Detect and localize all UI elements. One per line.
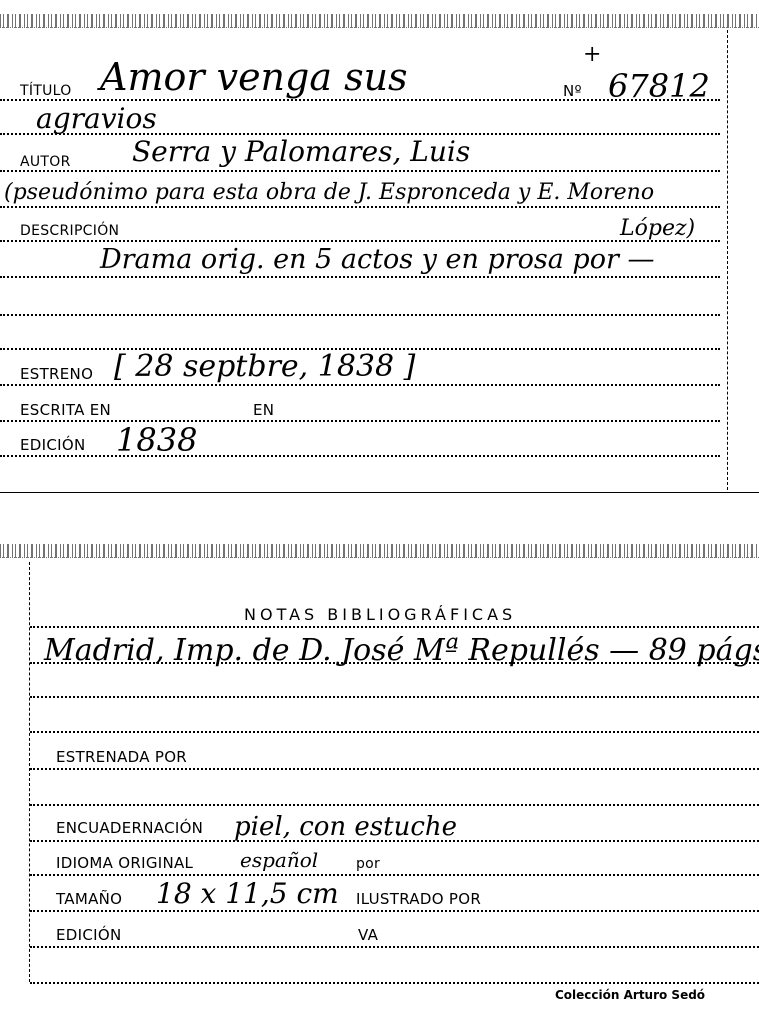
estrenada-por-label: ESTRENADA POR (56, 750, 187, 765)
card-bottom-edge (0, 492, 759, 493)
ilustrado-por-label: ILUSTRADO POR (356, 892, 481, 907)
edicion-value: 1838 (116, 424, 197, 456)
scan-edge-noise (0, 544, 759, 558)
encuadernacion-value: piel, con estuche (234, 814, 457, 840)
tamano-label: TAMAÑO (56, 892, 122, 907)
numero-value: 67812 (608, 70, 710, 102)
rule (0, 384, 720, 386)
rule (30, 910, 759, 912)
numero-mark: + (583, 44, 601, 66)
autor-value: Serra y Palomares, Luis (132, 138, 470, 166)
autor-label: AUTOR (20, 155, 71, 169)
rule (30, 768, 759, 770)
rule (30, 696, 759, 698)
estreno-value: [ 28 septbre, 1838 ] (114, 352, 415, 382)
rule (30, 982, 759, 984)
autor-note-continued: López) (620, 218, 695, 240)
notas-header: NOTAS BIBLIOGRÁFICAS (244, 605, 516, 624)
rule (30, 874, 759, 876)
rule (0, 455, 720, 457)
rule (30, 804, 759, 806)
descripcion-value: Drama orig. en 5 actos y en prosa por — (100, 246, 654, 273)
edicion-label: EDICIÓN (56, 928, 121, 943)
encuadernacion-label: ENCUADERNACIÓN (56, 821, 203, 836)
titulo-label: TÍTULO (20, 84, 72, 98)
escrita-en-label: ESCRITA EN (20, 403, 111, 418)
titulo-value-continued: agravios (36, 105, 157, 133)
titulo-value: Amor venga sus (100, 58, 408, 96)
rule (30, 946, 759, 948)
autor-note: (pseudónimo para esta obra de J. Espronc… (4, 182, 654, 204)
idioma-original-label: IDIOMA ORIGINAL (56, 856, 193, 871)
estreno-label: ESTRENO (20, 367, 93, 382)
card-right-border (727, 30, 728, 490)
scan-edge-noise (0, 14, 759, 28)
rule (0, 240, 720, 242)
en-label: EN (253, 403, 274, 418)
rule (0, 314, 720, 316)
rule (0, 206, 720, 208)
va-label: VA (358, 928, 378, 943)
tamano-value: 18 x 11,5 cm (156, 880, 339, 908)
rule (0, 170, 720, 172)
numero-label: Nº (563, 84, 582, 99)
edicion-label: EDICIÓN (20, 438, 85, 453)
collection-footer: Colección Arturo Sedó (555, 988, 705, 1002)
rule (0, 276, 720, 278)
por-label: por (356, 857, 380, 871)
rule (30, 626, 759, 628)
rule (0, 420, 720, 422)
card-left-border (29, 562, 30, 982)
idioma-original-value: español (240, 850, 318, 870)
descripcion-label: DESCRIPCIÓN (20, 224, 119, 238)
notas-value: Madrid, Imp. de D. José Mª Repullés — 89… (44, 636, 759, 666)
rule (30, 731, 759, 733)
